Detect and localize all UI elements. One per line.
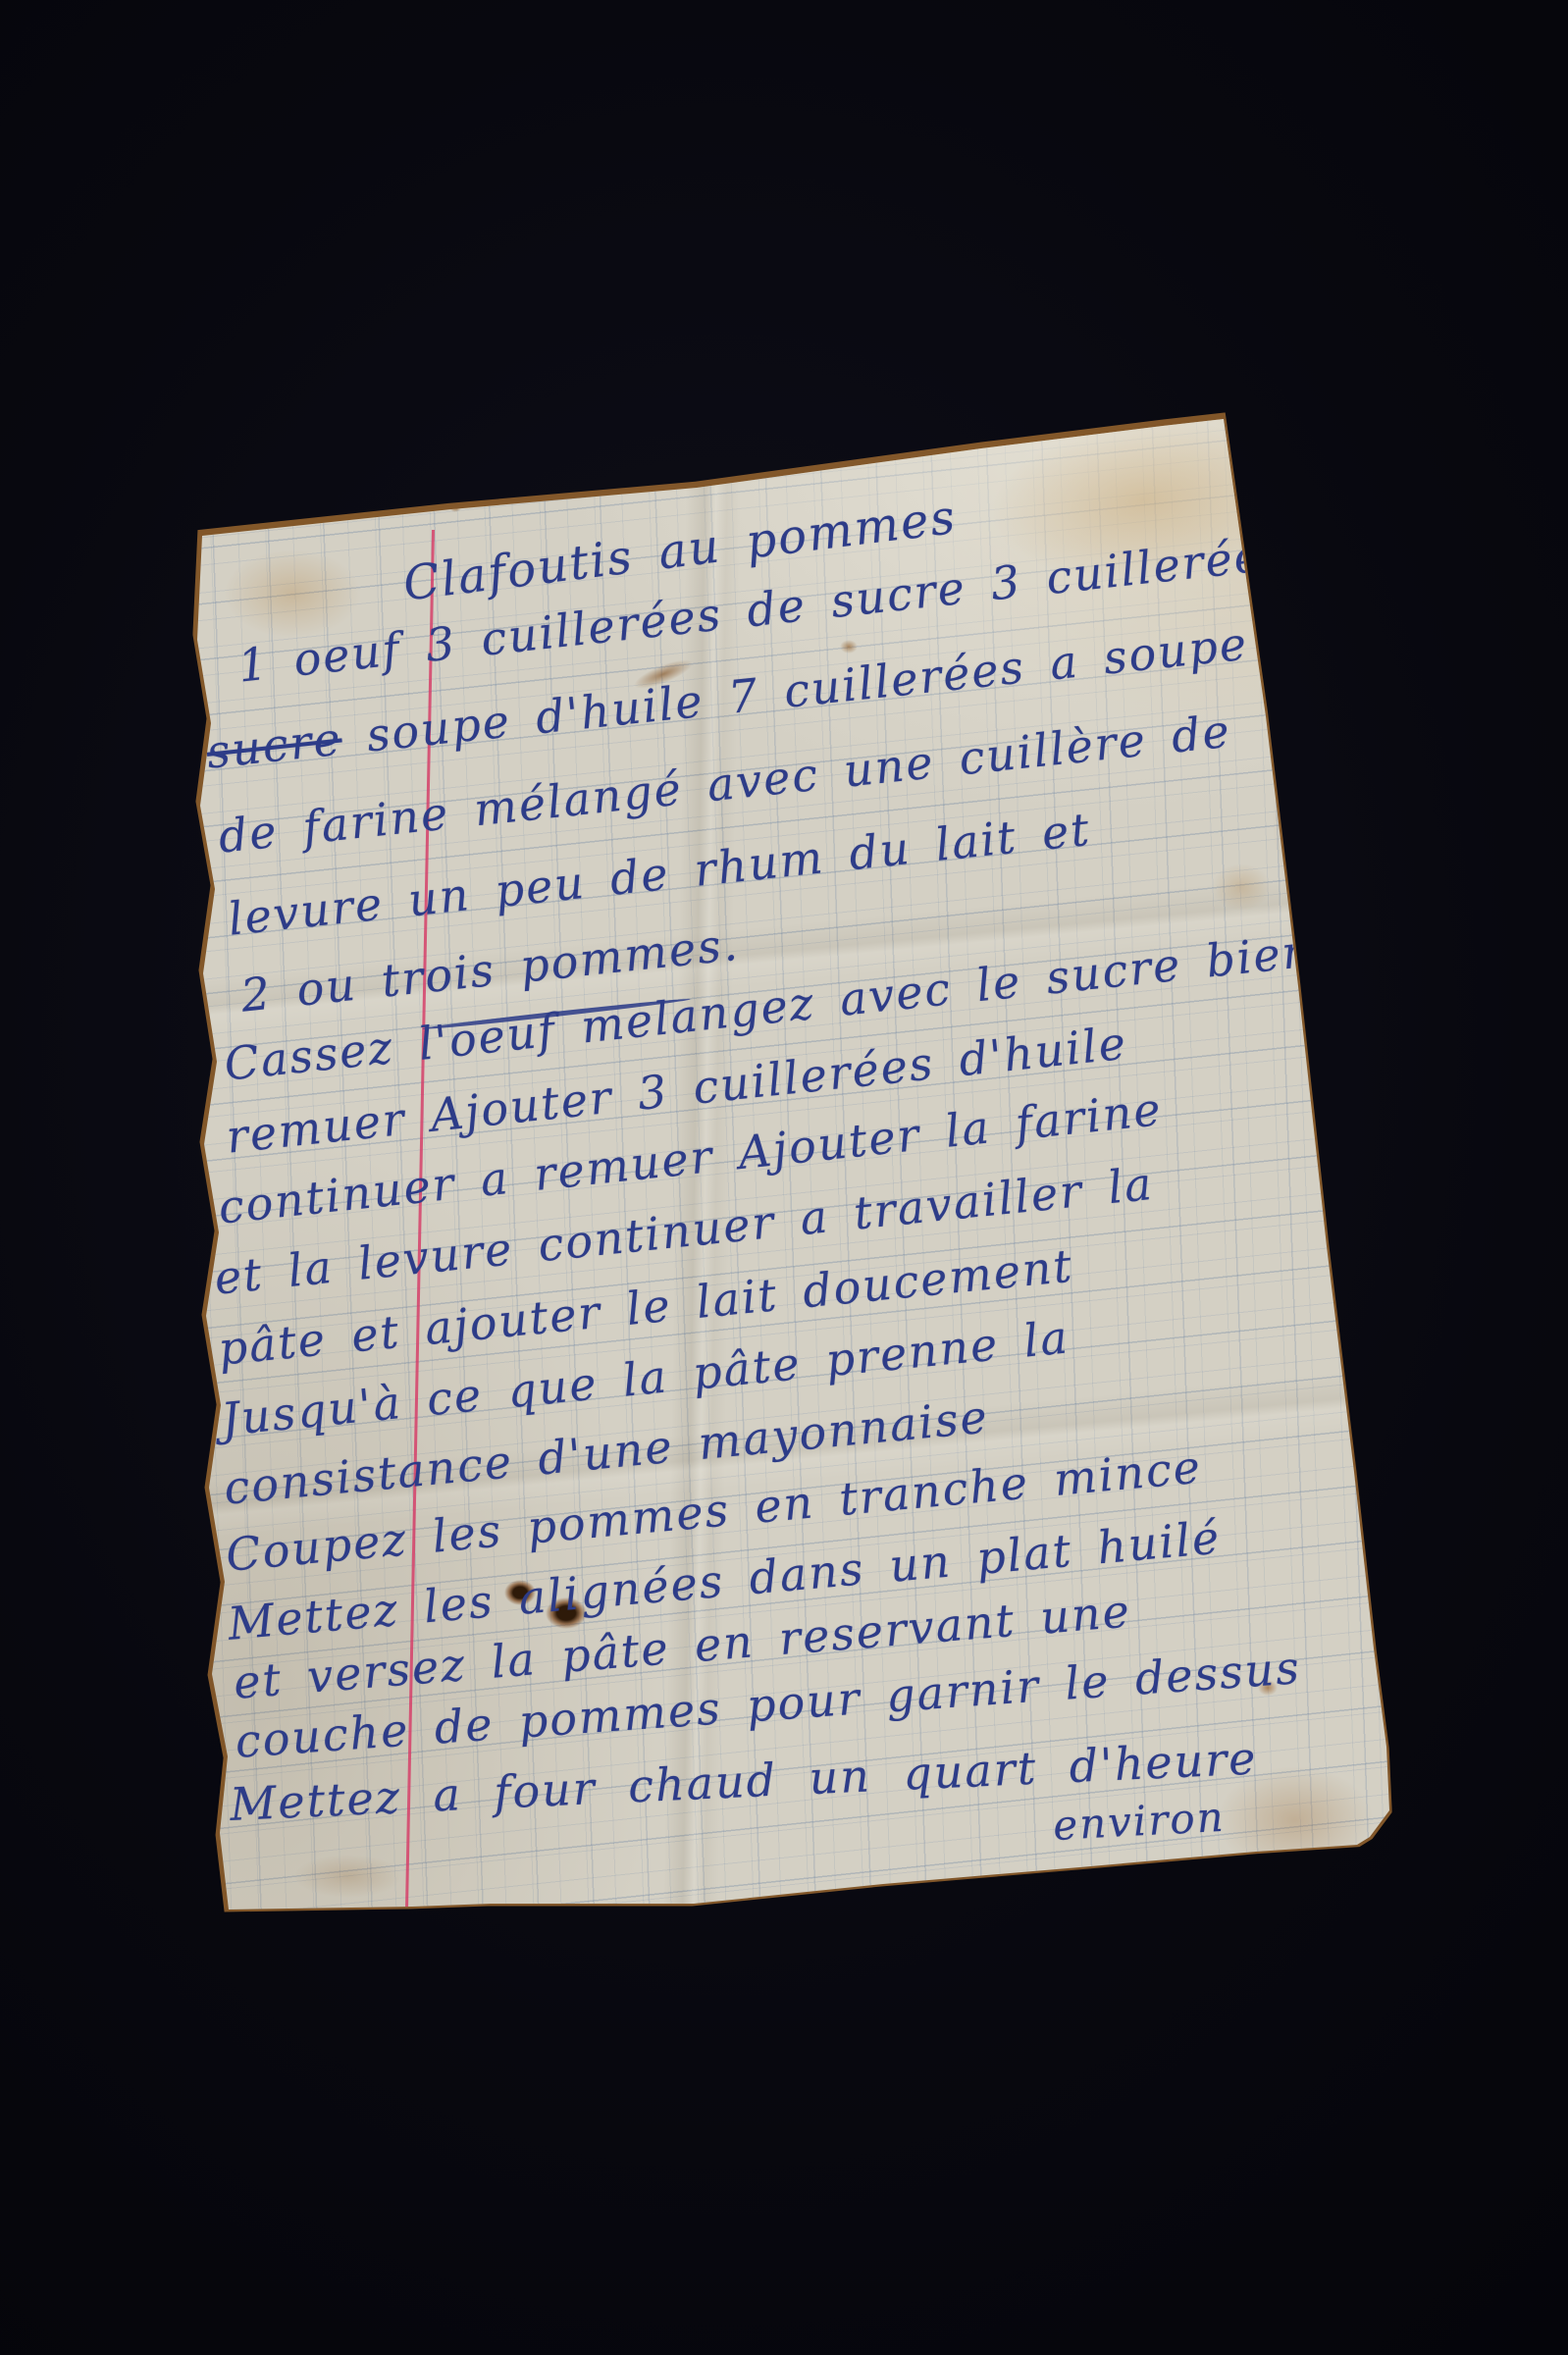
stain (294, 1855, 402, 1898)
stain (1272, 746, 1340, 893)
stain (840, 640, 858, 654)
stain (224, 549, 361, 638)
stain (1212, 863, 1271, 911)
handwritten-line-step-13: environ (1052, 1793, 1227, 1850)
crossed-out-word: sucre (204, 712, 344, 779)
photo-background: Clafoutis au pommes 1 oeuf 3 cuillerées … (0, 0, 1568, 2355)
recipe-paper-sheet: Clafoutis au pommes 1 oeuf 3 cuillerées … (0, 0, 1568, 2355)
